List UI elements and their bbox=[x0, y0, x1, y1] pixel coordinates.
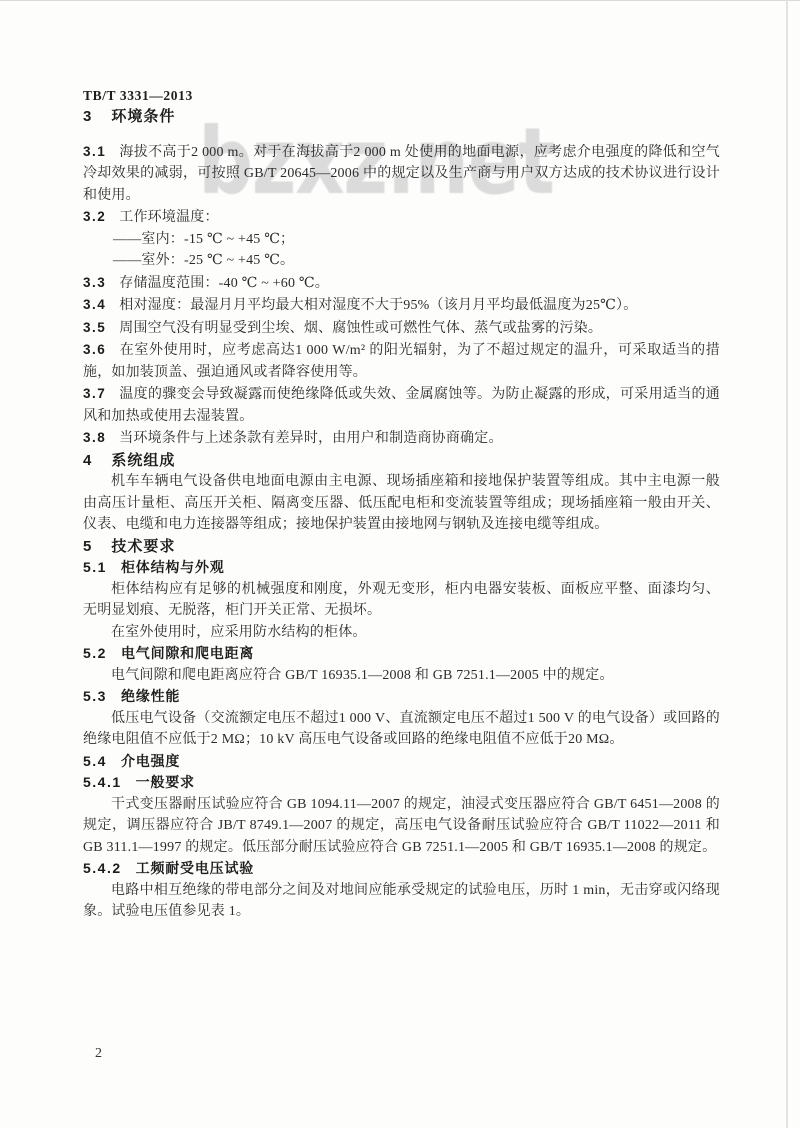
clause-text: 当环境条件与上述条款有差异时，由用户和制造商协商确定。 bbox=[119, 431, 502, 446]
subsection-title: 一般要求 bbox=[136, 774, 195, 790]
subsection-title: 介电强度 bbox=[121, 753, 180, 769]
subsection-heading-5-3: 5.3绝缘性能 bbox=[83, 686, 720, 708]
clause-text: 周围空气没有明显受到尘埃、烟、腐蚀性或可燃性气体、蒸气或盐雾的污染。 bbox=[119, 321, 602, 336]
section-number: 4 bbox=[83, 450, 92, 472]
paragraph-cabinet-structure: 柜体结构应有足够的机械强度和刚度，外观无变形，柜内电器安装板、面板应平整、面漆均… bbox=[83, 579, 720, 622]
section-heading-3: 3环境条件 bbox=[83, 106, 720, 128]
section-heading-4: 4系统组成 bbox=[83, 450, 720, 472]
paragraph-power-frequency-test: 电路中相互绝缘的带电部分之间及对地间应能承受规定的试验电压，历时 1 min，无… bbox=[83, 880, 720, 923]
subsection-heading-5-1: 5.1柜体结构与外观 bbox=[83, 557, 720, 579]
paragraph-outdoor-cabinet: 在室外使用时，应采用防水结构的柜体。 bbox=[83, 622, 720, 644]
section-number: 3 bbox=[83, 106, 92, 128]
dash-item-outdoor: ——室外：-25 ℃ ~ +45 ℃。 bbox=[83, 250, 720, 272]
clause-3-6: 3.6在室外使用时，应考虑高达1 000 W/m² 的阳光辐射，为了不超过规定的… bbox=[83, 339, 720, 383]
section-number: 5 bbox=[83, 536, 92, 558]
dash-item-indoor: ——室内：-15 ℃ ~ +45 ℃； bbox=[83, 229, 720, 251]
clause-number: 3.4 bbox=[83, 294, 106, 316]
paragraph-system-composition: 机车车辆电气设备供电地面电源由主电源、现场插座箱和接地保护装置等组成。其中主电源… bbox=[83, 471, 720, 536]
subsection-number: 5.4.1 bbox=[83, 772, 122, 794]
clause-3-5: 3.5周围空气没有明显受到尘埃、烟、腐蚀性或可燃性气体、蒸气或盐雾的污染。 bbox=[83, 317, 720, 340]
subsection-title: 电气间隙和爬电距离 bbox=[121, 645, 254, 661]
subsection-heading-5-4-2: 5.4.2工频耐受电压试验 bbox=[83, 858, 720, 880]
section-title: 系统组成 bbox=[111, 452, 175, 469]
clause-number: 3.6 bbox=[83, 339, 106, 361]
clause-text: 相对湿度：最湿月月平均最大相对湿度不大于95%（该月月平均最低温度为25℃）。 bbox=[119, 298, 637, 313]
subsection-number: 5.4 bbox=[83, 751, 107, 773]
clause-text: 存储温度范围：-40 ℃ ~ +60 ℃。 bbox=[119, 276, 329, 291]
subsection-heading-5-4-1: 5.4.1一般要求 bbox=[83, 772, 720, 794]
paragraph-clearance-creepage: 电气间隙和爬电距离应符合 GB/T 16935.1—2008 和 GB 7251… bbox=[83, 665, 720, 687]
subsection-number: 5.1 bbox=[83, 557, 107, 579]
subsection-number: 5.3 bbox=[83, 686, 107, 708]
paragraph-insulation: 低压电气设备（交流额定电压不超过1 000 V、直流额定电压不超过1 500 V… bbox=[83, 708, 720, 751]
clause-text: 温度的骤变会导致凝露而使绝缘降低或失效、金属腐蚀等。为防止凝露的形成，可采用适当… bbox=[83, 387, 720, 424]
subsection-number: 5.2 bbox=[83, 643, 107, 665]
clause-3-7: 3.7温度的骤变会导致凝露而使绝缘降低或失效、金属腐蚀等。为防止凝露的形成，可采… bbox=[83, 383, 720, 427]
document-content: TB/T 3331—2013 3环境条件 3.1海拔不高于2 000 m。对于在… bbox=[83, 0, 720, 923]
clause-text: 工作环境温度： bbox=[119, 210, 218, 225]
clause-3-3: 3.3存储温度范围：-40 ℃ ~ +60 ℃。 bbox=[83, 272, 720, 295]
section-heading-5: 5技术要求 bbox=[83, 536, 720, 558]
clause-number: 3.8 bbox=[83, 427, 106, 449]
clause-3-2: 3.2工作环境温度： bbox=[83, 206, 720, 229]
clause-text: 在室外使用时，应考虑高达1 000 W/m² 的阳光辐射，为了不超过规定的温升，… bbox=[83, 343, 720, 380]
clause-number: 3.5 bbox=[83, 317, 106, 339]
subsection-number: 5.4.2 bbox=[83, 858, 122, 880]
clause-number: 3.2 bbox=[83, 206, 106, 228]
clause-3-4: 3.4相对湿度：最湿月月平均最大相对湿度不大于95%（该月月平均最低温度为25℃… bbox=[83, 294, 720, 317]
section-title: 技术要求 bbox=[111, 538, 175, 555]
subsection-title: 绝缘性能 bbox=[121, 688, 180, 704]
clause-number: 3.1 bbox=[83, 141, 106, 163]
section-title: 环境条件 bbox=[111, 108, 175, 125]
page-number: 2 bbox=[95, 1043, 102, 1064]
clause-3-1: 3.1海拔不高于2 000 m。对于在海拔高于2 000 m 处使用的地面电源，… bbox=[83, 141, 720, 207]
clause-number: 3.3 bbox=[83, 272, 106, 294]
paragraph-dielectric-general: 干式变压器耐压试验应符合 GB 1094.11—2007 的规定，油浸式变压器应… bbox=[83, 794, 720, 859]
clause-text: 海拔不高于2 000 m。对于在海拔高于2 000 m 处使用的地面电源，应考虑… bbox=[83, 145, 720, 203]
subsection-heading-5-4: 5.4介电强度 bbox=[83, 751, 720, 773]
subsection-title: 柜体结构与外观 bbox=[121, 559, 225, 575]
subsection-heading-5-2: 5.2电气间隙和爬电距离 bbox=[83, 643, 720, 665]
subsection-title: 工频耐受电压试验 bbox=[136, 860, 254, 876]
document-page: bzxz.net TB/T 3331—2013 3环境条件 3.1海拔不高于2 … bbox=[0, 0, 800, 1128]
standard-number: TB/T 3331—2013 bbox=[83, 85, 720, 106]
clause-3-8: 3.8当环境条件与上述条款有差异时，由用户和制造商协商确定。 bbox=[83, 427, 720, 450]
scan-right-edge bbox=[786, 0, 788, 1128]
clause-number: 3.7 bbox=[83, 383, 106, 405]
